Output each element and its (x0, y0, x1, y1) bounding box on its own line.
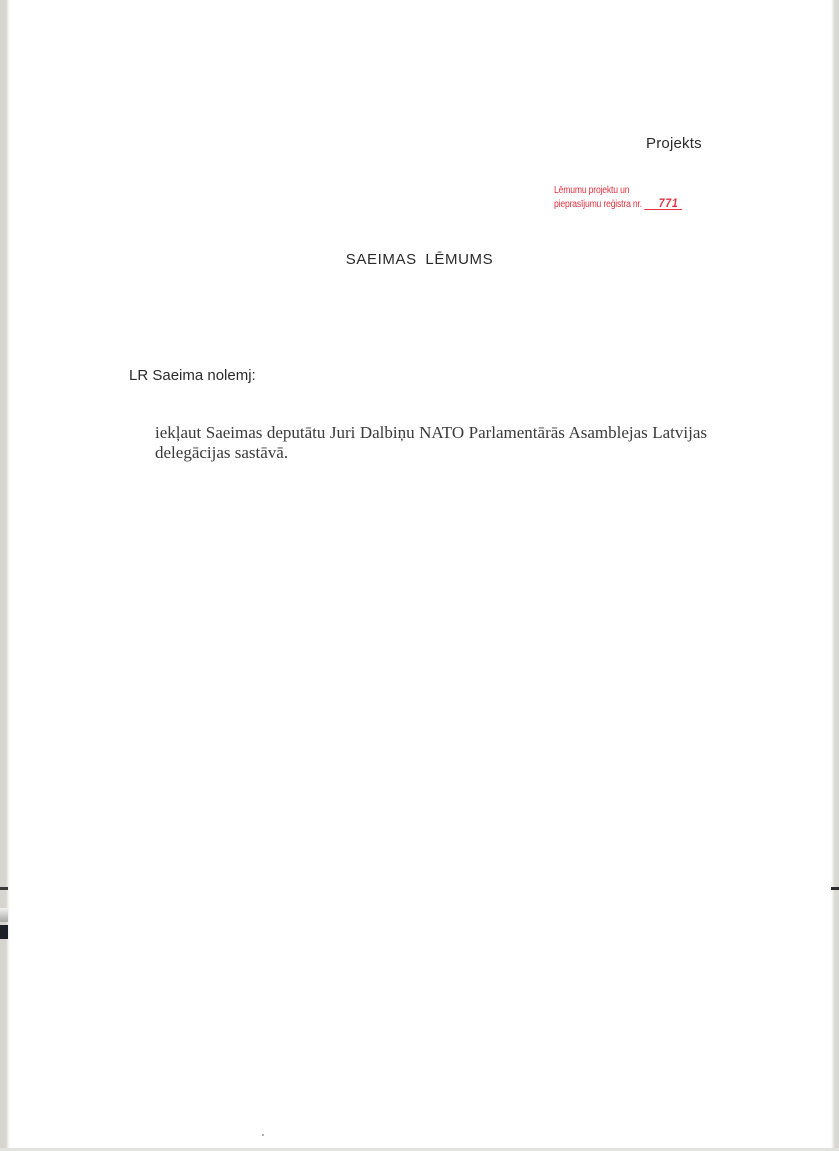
scan-mark (0, 887, 8, 890)
stamp-line-2: pieprasījumu reģistra nr. 771 (554, 197, 682, 211)
scan-edge-left (0, 0, 10, 1151)
scan-mark (831, 887, 839, 890)
registry-stamp: Lēmumu projektu un pieprasījumu reģistra… (554, 185, 682, 211)
stamp-line-2-text: pieprasījumu reģistra nr. (554, 199, 642, 210)
document-status-label: Projekts (646, 135, 702, 152)
decision-body: iekļaut Saeimas deputātu Juri Dalbiņu NA… (155, 423, 707, 463)
scan-mark (0, 925, 8, 939)
scan-edge-right (831, 0, 839, 1151)
stamp-registry-number: 771 (644, 197, 682, 210)
scan-speck (262, 1134, 264, 1136)
scan-mark (0, 908, 8, 922)
document-title: SAEIMAS LĒMUMS (0, 251, 839, 268)
decision-intro: LR Saeima nolemj: (129, 367, 256, 384)
